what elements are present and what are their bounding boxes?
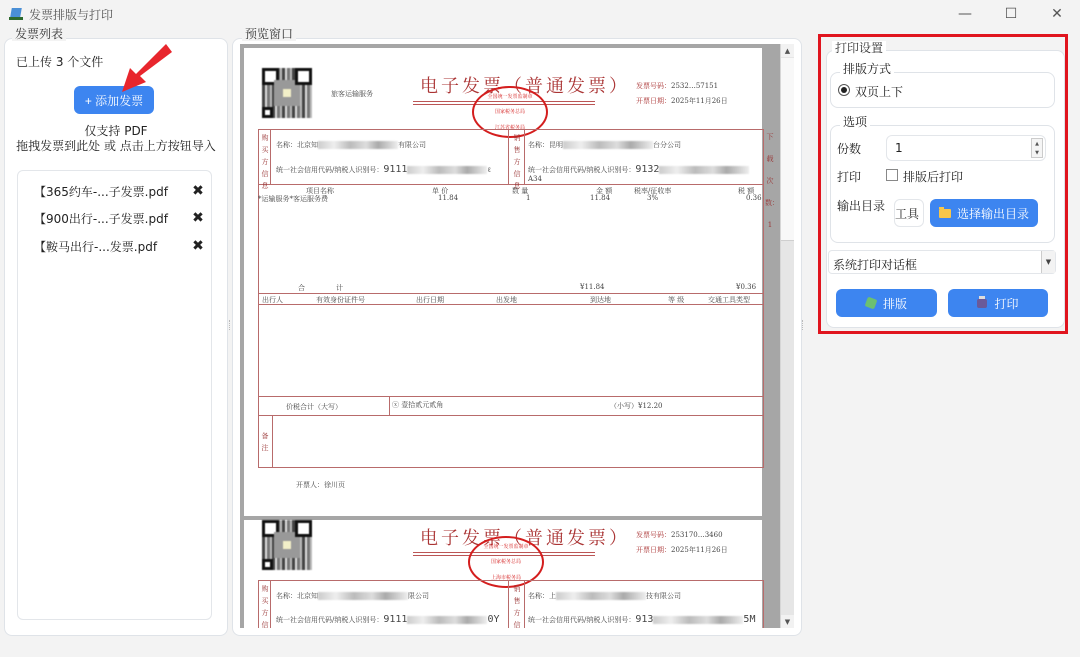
remove-file-icon[interactable]: ✖ [190, 238, 206, 254]
print-after-layout-checkbox[interactable] [886, 169, 898, 181]
output-dir-field[interactable]: 工具 [894, 199, 924, 227]
layout-radio-double-vertical[interactable] [838, 84, 850, 96]
upload-count: 已上传 3 个文件 [16, 53, 103, 70]
red-arrow-annotation-icon [116, 40, 176, 96]
print-button[interactable]: 打印 [948, 289, 1048, 317]
file-item[interactable]: 【365约车-...子发票.pdf ✖ [34, 181, 206, 201]
choose-output-dir-button[interactable]: 选择输出目录 [930, 199, 1038, 227]
issuer: 开票人：徐川页 [296, 480, 345, 490]
file-item[interactable]: 【900出行-...子发票.pdf ✖ [34, 208, 206, 228]
options-label: 选项 [840, 115, 870, 129]
print-mode-value: 系统打印对话框 [833, 256, 917, 273]
scroll-down-icon[interactable]: ▼ [781, 615, 794, 628]
scroll-thumb[interactable] [781, 58, 794, 241]
remove-file-icon[interactable]: ✖ [190, 210, 206, 226]
drag-drop-hint: 拖拽发票到此处 或 点击上方按钮导入 [0, 137, 232, 154]
copies-spinbox[interactable]: 1 ▲▼ [886, 135, 1046, 161]
splitter-handle[interactable] [229, 320, 231, 330]
invoice-list-label: 发票列表 [12, 27, 66, 41]
file-name: 【365约车-...子发票.pdf [34, 183, 190, 200]
total-amount: （小写）¥12.20 [610, 401, 663, 411]
output-dir-label: 输出目录 [837, 197, 885, 214]
preview-label: 预览窗口 [242, 27, 296, 41]
remove-file-icon[interactable]: ✖ [190, 183, 206, 199]
invoice-date: 2025年11月26日 [671, 97, 728, 105]
item-name: *运输服务*客运服务费 [258, 194, 328, 204]
maximize-button[interactable]: ☐ [988, 0, 1034, 28]
print-mode-select[interactable]: 系统打印对话框 ▼ [828, 250, 1056, 274]
qr-code [262, 68, 312, 118]
app-icon [9, 7, 23, 21]
service-type: 旅客运输服务 [331, 89, 373, 99]
invoice-page-1: 旅客运输服务 电子发票（普通发票） 全国统一发票监制章 国家税务总局 江苏省税务… [244, 48, 762, 516]
puzzle-icon [865, 297, 878, 310]
invoice-page-2: 电子发票（普通发票） 全国统一发票监制章 国家税务总局 上海市税务局 发票号码：… [244, 520, 762, 628]
print-settings-label: 打印设置 [832, 41, 886, 55]
title-bar: 发票排版与打印 — ☐ ✕ [0, 0, 1080, 28]
print-label: 打印 [837, 168, 861, 185]
copies-value[interactable]: 1 [895, 141, 903, 155]
print-after-layout-label[interactable]: 排版后打印 [903, 168, 963, 185]
file-item[interactable]: 【鞍马出行-...发票.pdf ✖ [34, 236, 206, 256]
chevron-down-icon[interactable]: ▼ [1041, 251, 1055, 273]
preview-canvas[interactable]: 旅客运输服务 电子发票（普通发票） 全国统一发票监制章 国家税务总局 江苏省税务… [240, 44, 780, 628]
spin-down-icon[interactable]: ▼ [1032, 148, 1042, 157]
file-list[interactable]: 【365约车-...子发票.pdf ✖ 【900出行-...子发票.pdf ✖ … [17, 170, 212, 620]
file-name: 【鞍马出行-...发票.pdf [34, 238, 190, 255]
layout-button[interactable]: 排版 [836, 289, 937, 317]
scroll-up-icon[interactable]: ▲ [781, 44, 794, 57]
minimize-button[interactable]: — [942, 0, 988, 28]
invoice-number: 2532…57151 [671, 82, 718, 90]
printer-icon [977, 299, 987, 308]
spin-up-icon[interactable]: ▲ [1032, 139, 1042, 148]
layout-option-label[interactable]: 双页上下 [855, 83, 903, 100]
splitter-handle[interactable] [802, 320, 804, 330]
layout-mode-label: 排版方式 [840, 62, 894, 76]
folder-icon [939, 209, 951, 218]
file-name: 【900出行-...子发票.pdf [34, 210, 190, 227]
window-title: 发票排版与打印 [29, 6, 113, 23]
qr-code [262, 520, 312, 570]
close-button[interactable]: ✕ [1034, 0, 1080, 28]
copies-label: 份数 [837, 140, 861, 157]
preview-scrollbar[interactable]: ▲ ▼ [780, 44, 794, 628]
